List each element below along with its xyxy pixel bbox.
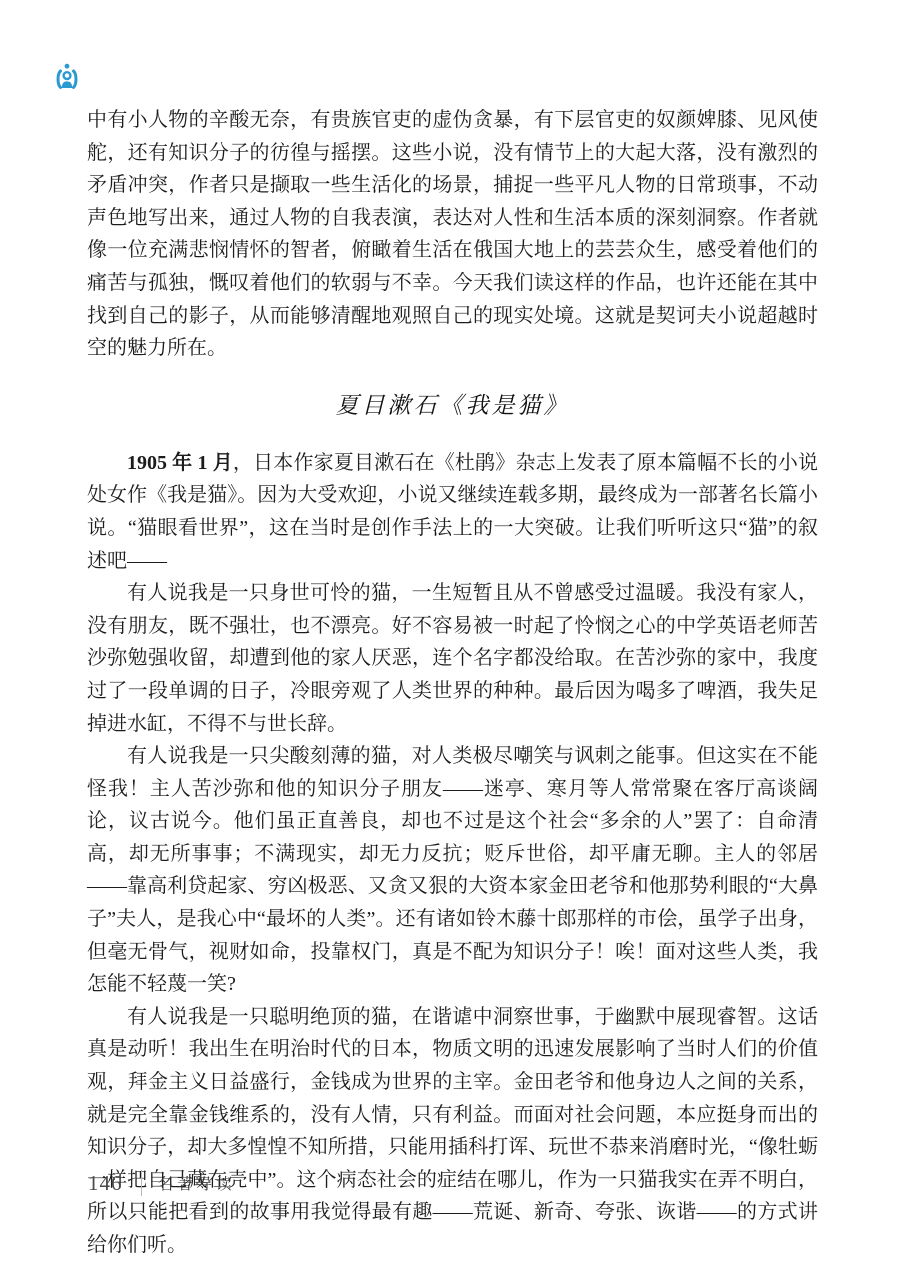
listening-person-icon: [50, 61, 84, 97]
page-number: 146: [88, 1171, 123, 1196]
footer-divider: [141, 1170, 142, 1196]
page-footer: 146 名著导读: [88, 1170, 236, 1196]
footer-section-title: 名著导读: [158, 1172, 236, 1194]
paragraph-cat-pitiful: 有人说我是一只身世可怜的猫，一生短暂且从不曾感受过温暖。我没有家人，没有朋友，既…: [87, 577, 818, 740]
date-bold-lead: 1905 年 1 月: [127, 452, 233, 474]
section-heading: 夏目漱石《我是猫》: [87, 389, 818, 423]
paragraph-cat-sarcastic: 有人说我是一只尖酸刻薄的猫，对人类极尽嘲笑与讽刺之能事。但这实在不能怪我！主人苦…: [87, 740, 818, 1001]
article-body: 中有小人物的辛酸无奈，有贵族官吏的虚伪贪暴，有下层官吏的奴颜婢膝、见风使舵，还有…: [87, 104, 818, 1262]
book-page: 中有小人物的辛酸无奈，有贵族官吏的虚伪贪暴，有下层官吏的奴颜婢膝、见风使舵，还有…: [0, 0, 904, 1264]
listening-person-icon-svg: [50, 61, 84, 97]
paragraph-chekhov-conclusion: 中有小人物的辛酸无奈，有贵族官吏的虚伪贪暴，有下层官吏的奴颜婢膝、见风使舵，还有…: [87, 104, 818, 365]
paragraph-novel-intro: 1905 年 1 月，日本作家夏目漱石在《杜鹃》杂志上发表了原本篇幅不长的小说处…: [87, 447, 818, 577]
paragraph-cat-clever: 有人说我是一只聪明绝顶的猫，在谐谑中洞察世事，于幽默中展现睿智。这话真是动听！我…: [87, 1001, 818, 1262]
